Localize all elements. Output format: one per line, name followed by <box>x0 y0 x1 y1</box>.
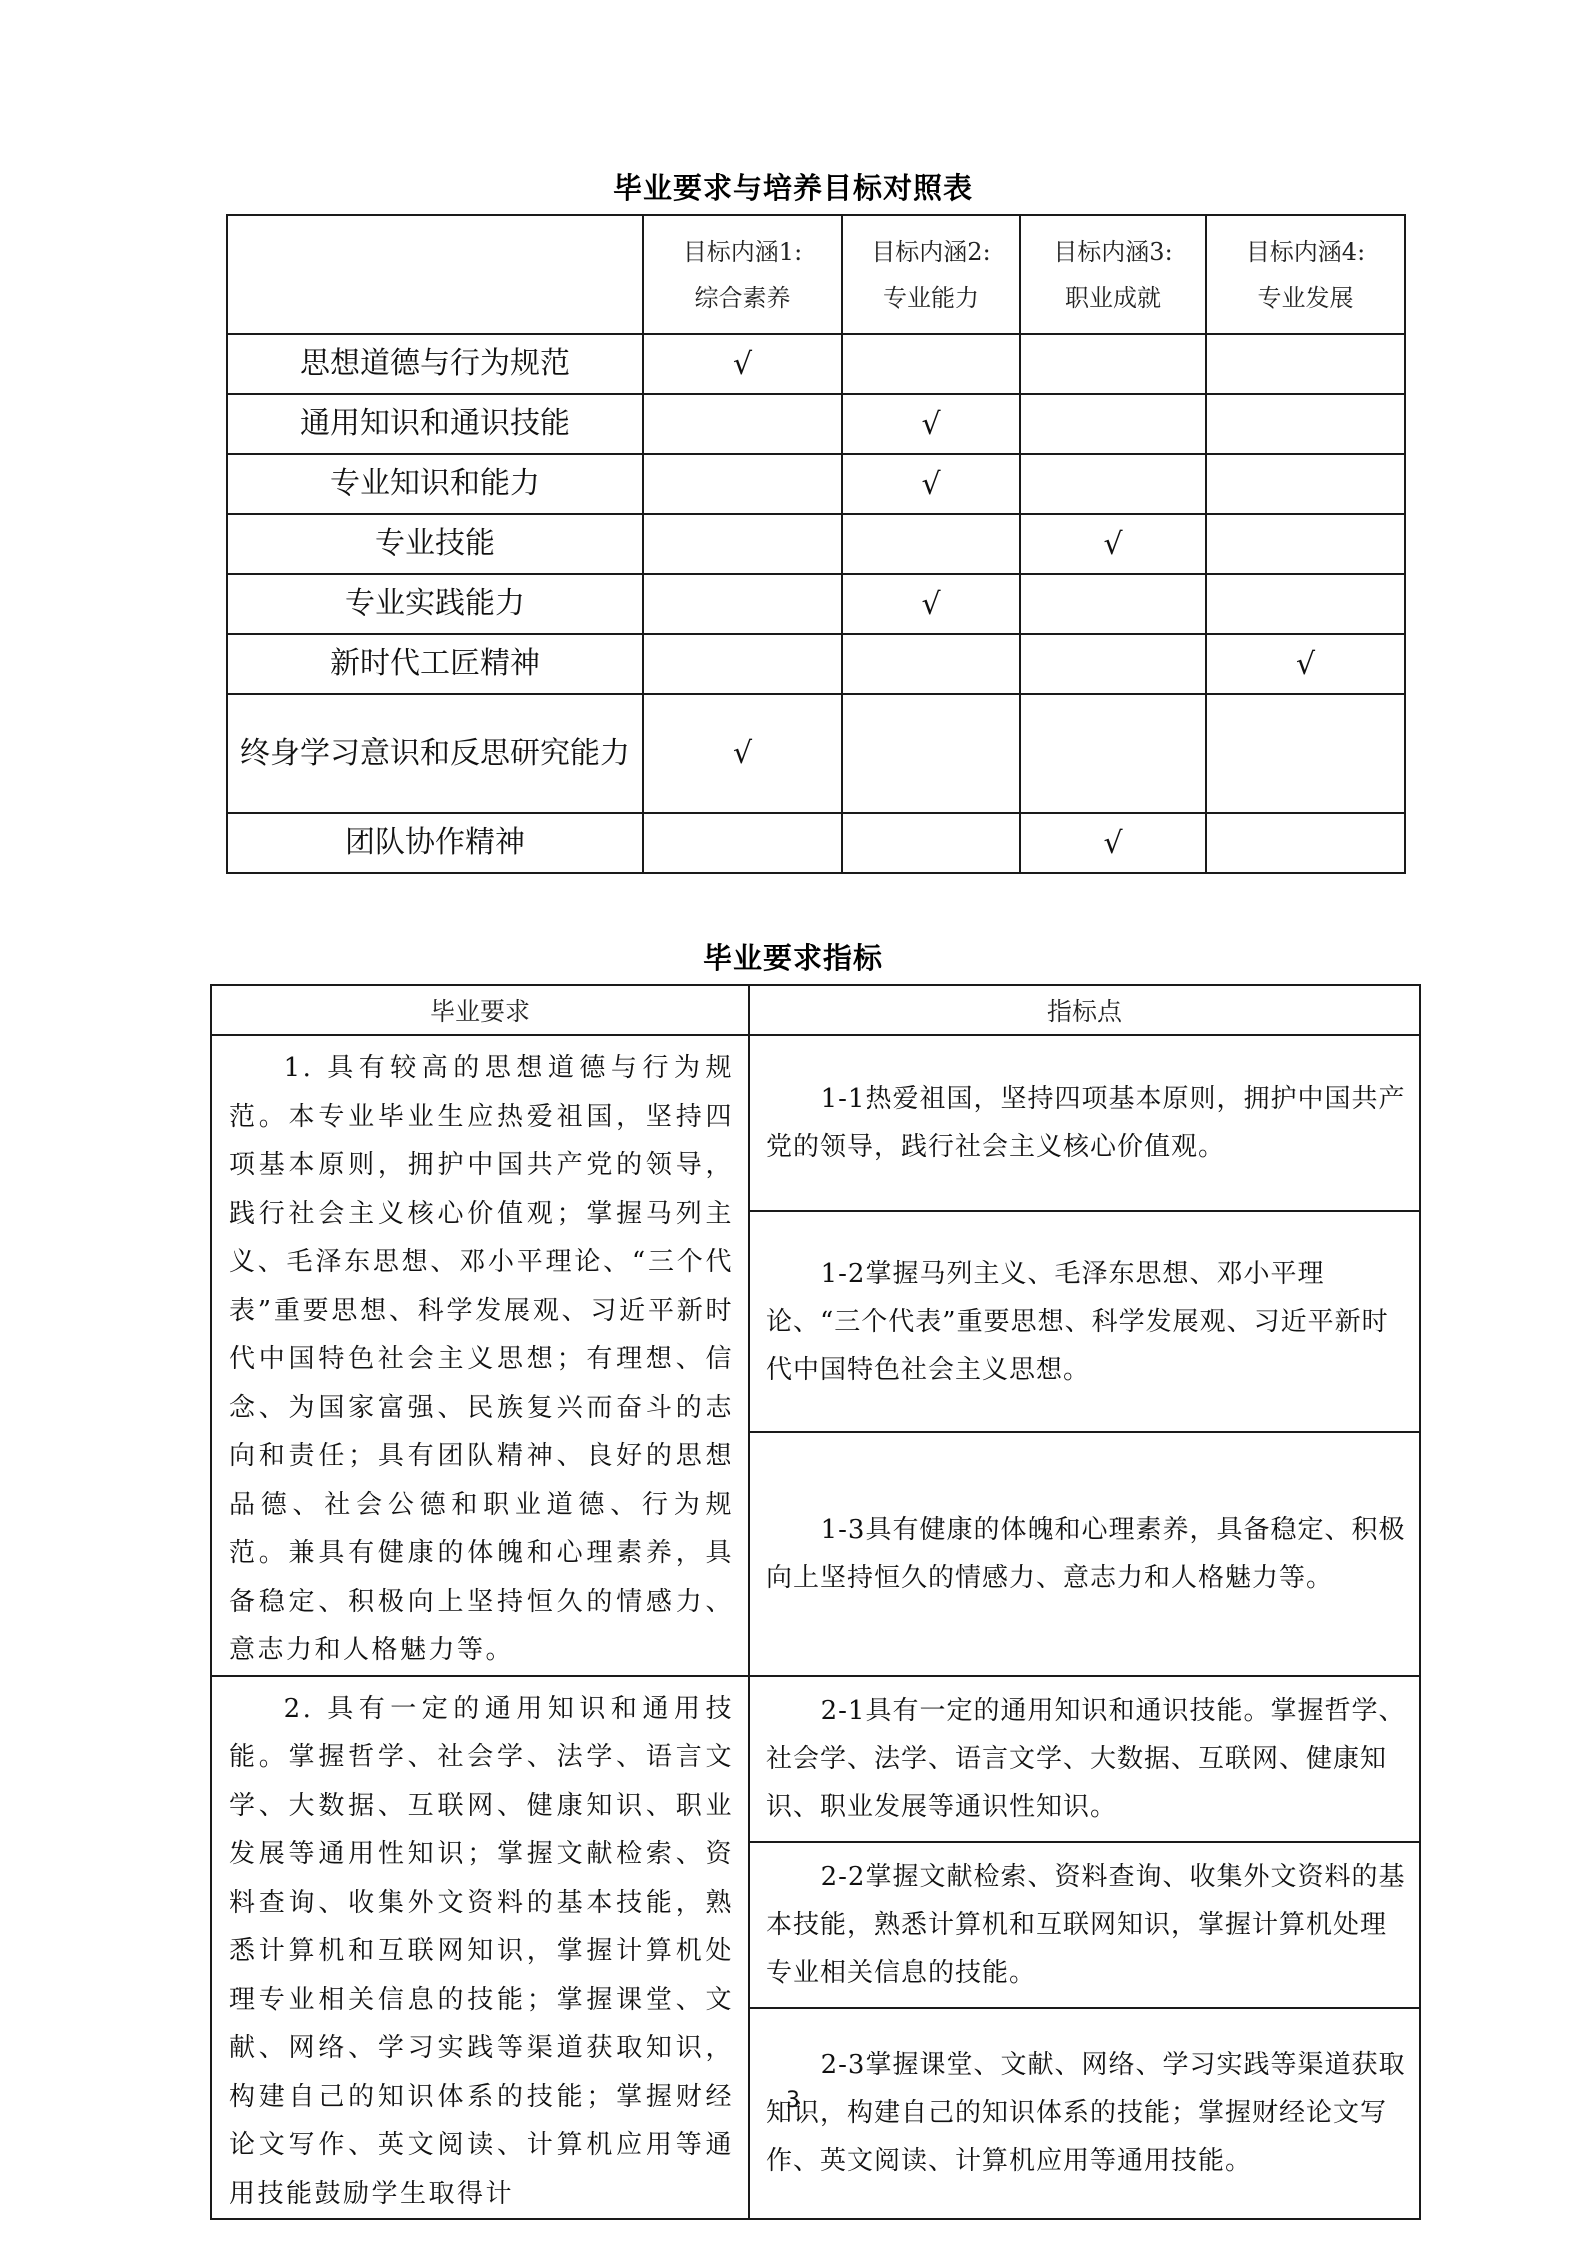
check-cell <box>842 334 1020 394</box>
indicator-text: 2-3掌握课堂、文献、网络、学习实践等渠道获取知识，构建自己的知识体系的技能；掌… <box>749 2008 1420 2220</box>
requirement-cell: 通用知识和通识技能 <box>227 394 643 454</box>
requirement-cell: 专业技能 <box>227 514 643 574</box>
table-row: 团队协作精神 √ <box>227 813 1405 873</box>
requirement-cell: 思想道德与行为规范 <box>227 334 643 394</box>
header-requirement: 毕业要求 <box>211 985 749 1035</box>
requirement-cell: 团队协作精神 <box>227 813 643 873</box>
check-cell <box>643 394 842 454</box>
check-cell <box>1206 514 1405 574</box>
check-mark-icon: √ <box>1206 634 1405 694</box>
graduation-goal-mapping-table: 目标内涵1:综合素养 目标内涵2:专业能力 目标内涵3:职业成就 目标内涵4:专… <box>226 214 1406 874</box>
table-row: 专业技能 √ <box>227 514 1405 574</box>
requirement-text: 2. 具有一定的通用知识和通用技能。掌握哲学、社会学、法学、语言文学、大数据、互… <box>211 1676 749 2220</box>
indicator-text: 1-2掌握马列主义、毛泽东思想、邓小平理论、“三个代表”重要思想、科学发展观、习… <box>749 1211 1420 1432</box>
graduation-indicator-table: 毕业要求 指标点 1. 具有较高的思想道德与行为规范。本专业毕业生应热爱祖国，坚… <box>210 984 1421 2220</box>
check-cell <box>842 813 1020 873</box>
requirement-text: 1. 具有较高的思想道德与行为规范。本专业毕业生应热爱祖国，坚持四项基本原则，拥… <box>211 1035 749 1676</box>
check-mark-icon: √ <box>842 454 1020 514</box>
check-mark-icon: √ <box>1020 813 1206 873</box>
indicator-text: 1-1热爱祖国，坚持四项基本原则，拥护中国共产党的领导，践行社会主义核心价值观。 <box>749 1035 1420 1211</box>
check-cell <box>643 454 842 514</box>
check-cell <box>1206 813 1405 873</box>
check-cell <box>1020 694 1206 813</box>
check-cell <box>1206 394 1405 454</box>
goal-label: 目标内涵2: <box>843 229 1019 275</box>
check-cell <box>1020 574 1206 634</box>
requirement-cell: 新时代工匠精神 <box>227 634 643 694</box>
check-cell <box>1020 394 1206 454</box>
check-cell <box>643 634 842 694</box>
check-mark-icon: √ <box>1020 514 1206 574</box>
check-mark-icon: √ <box>842 574 1020 634</box>
goal-label: 目标内涵1: <box>644 229 841 275</box>
check-cell <box>842 694 1020 813</box>
table-row: 1. 具有较高的思想道德与行为规范。本专业毕业生应热爱祖国，坚持四项基本原则，拥… <box>211 1035 1420 1211</box>
goal-name: 专业能力 <box>843 275 1019 321</box>
check-cell <box>1206 694 1405 813</box>
table-row: 通用知识和通识技能 √ <box>227 394 1405 454</box>
table1-header-row: 目标内涵1:综合素养 目标内涵2:专业能力 目标内涵3:职业成就 目标内涵4:专… <box>227 215 1405 334</box>
goal-column-header: 目标内涵4:专业发展 <box>1206 215 1405 334</box>
table-row: 2. 具有一定的通用知识和通用技能。掌握哲学、社会学、法学、语言文学、大数据、互… <box>211 1676 1420 1842</box>
check-mark-icon: √ <box>842 394 1020 454</box>
check-cell <box>643 574 842 634</box>
check-cell <box>842 634 1020 694</box>
check-cell <box>643 514 842 574</box>
goal-column-header: 目标内涵1:综合素养 <box>643 215 842 334</box>
goal-label: 目标内涵3: <box>1021 229 1205 275</box>
table2-header-row: 毕业要求 指标点 <box>211 985 1420 1035</box>
table-row: 思想道德与行为规范 √ <box>227 334 1405 394</box>
goal-column-header: 目标内涵2:专业能力 <box>842 215 1020 334</box>
requirement-cell: 专业知识和能力 <box>227 454 643 514</box>
table2-title: 毕业要求指标 <box>0 936 1586 977</box>
goal-column-header: 目标内涵3:职业成就 <box>1020 215 1206 334</box>
indicator-text: 2-2掌握文献检索、资料查询、收集外文资料的基本技能，熟悉计算机和互联网知识，掌… <box>749 1842 1420 2008</box>
check-cell <box>1020 334 1206 394</box>
check-cell <box>1020 454 1206 514</box>
requirement-cell: 专业实践能力 <box>227 574 643 634</box>
table-row: 专业知识和能力 √ <box>227 454 1405 514</box>
requirement-cell: 终身学习意识和反思研究能力 <box>227 694 643 813</box>
indicator-text: 1-3具有健康的体魄和心理素养，具备稳定、积极向上坚持恒久的情感力、意志力和人格… <box>749 1432 1420 1675</box>
table-row: 新时代工匠精神 √ <box>227 634 1405 694</box>
check-cell <box>1020 634 1206 694</box>
table1-title: 毕业要求与培养目标对照表 <box>0 166 1586 207</box>
goal-name: 职业成就 <box>1021 275 1205 321</box>
check-cell <box>842 514 1020 574</box>
check-cell <box>1206 454 1405 514</box>
goal-label: 目标内涵4: <box>1207 229 1404 275</box>
page-number: 3 <box>0 2088 1586 2113</box>
table-row: 专业实践能力 √ <box>227 574 1405 634</box>
table-row: 终身学习意识和反思研究能力 √ <box>227 694 1405 813</box>
check-mark-icon: √ <box>643 334 842 394</box>
goal-name: 综合素养 <box>644 275 841 321</box>
header-indicator: 指标点 <box>749 985 1420 1035</box>
check-cell <box>1206 574 1405 634</box>
check-mark-icon: √ <box>643 694 842 813</box>
indicator-text: 2-1具有一定的通用知识和通识技能。掌握哲学、社会学、法学、语言文学、大数据、互… <box>749 1676 1420 1842</box>
check-cell <box>1206 334 1405 394</box>
goal-name: 专业发展 <box>1207 275 1404 321</box>
check-cell <box>643 813 842 873</box>
table1-corner-cell <box>227 215 643 334</box>
